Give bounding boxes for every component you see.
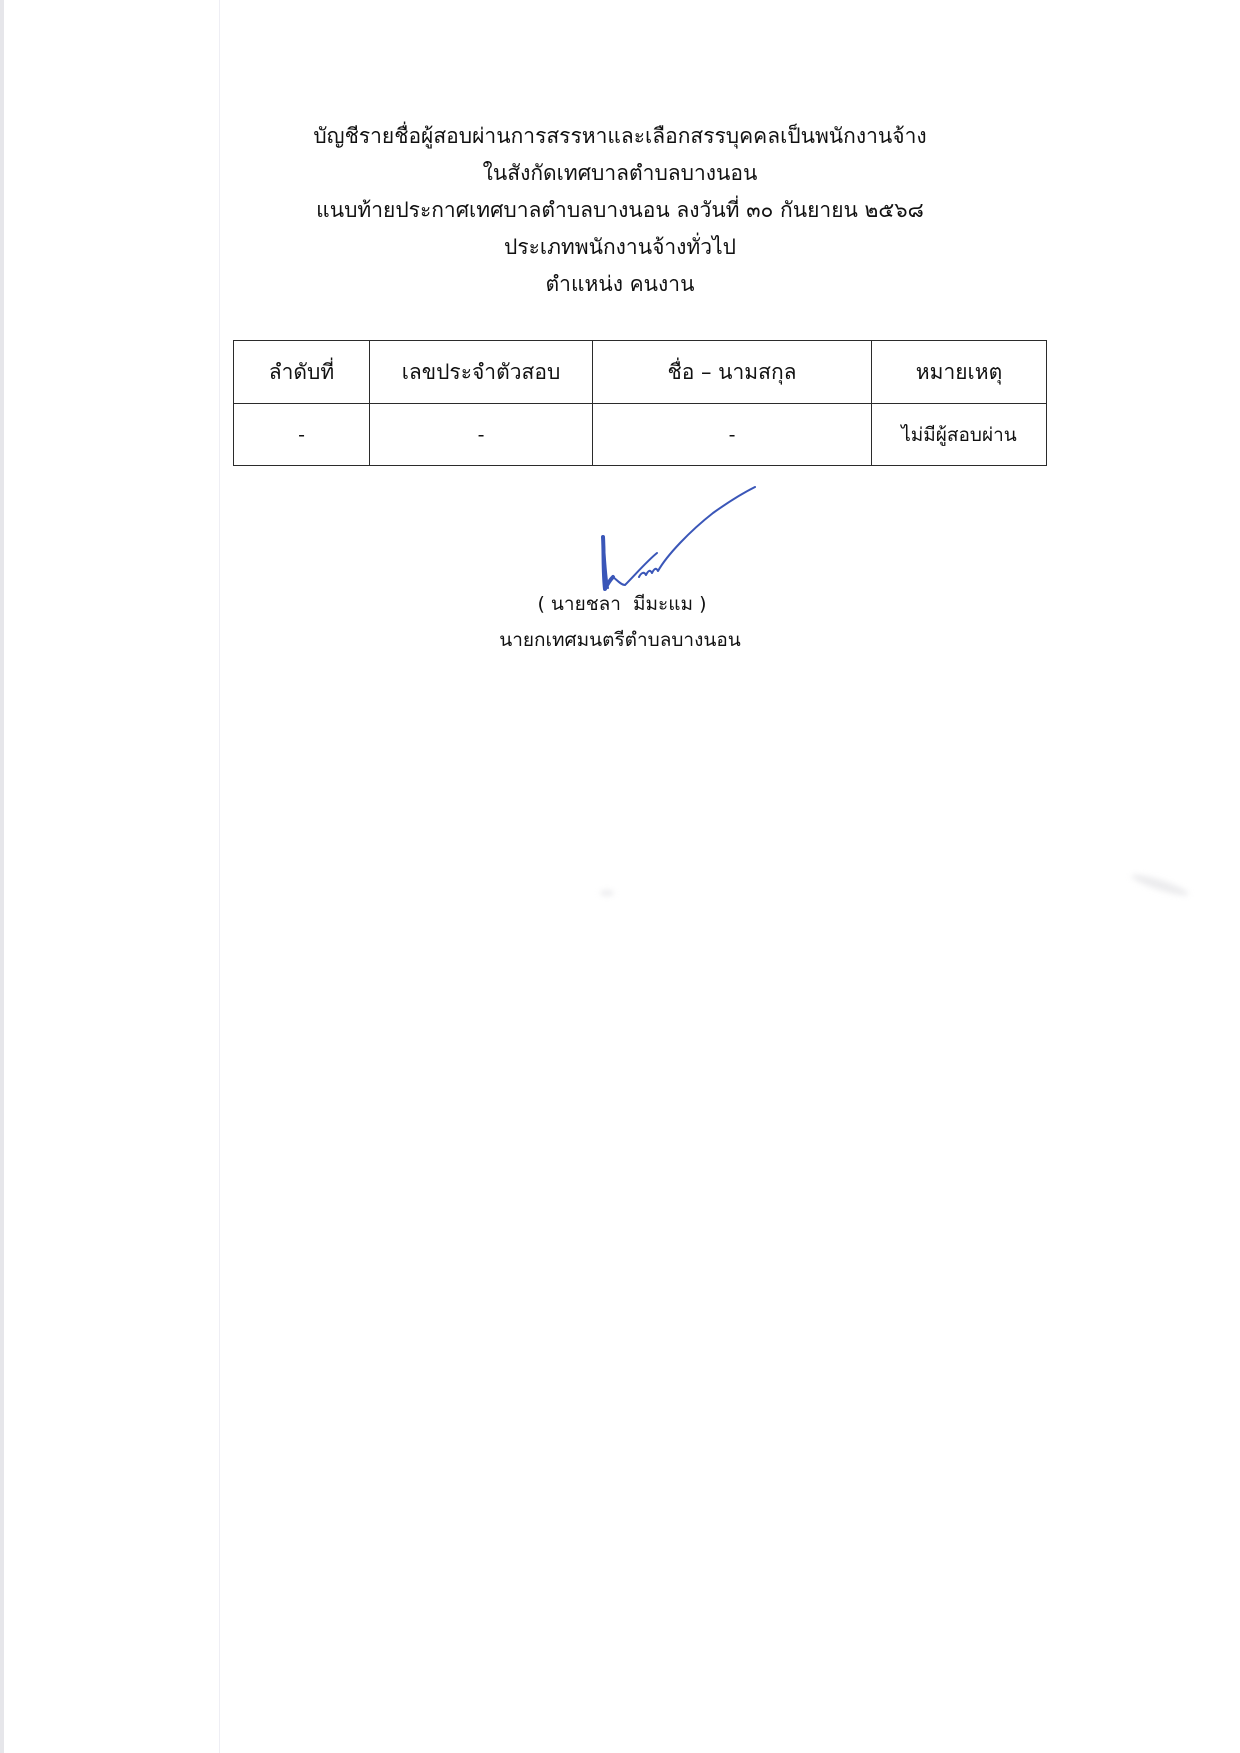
- cell-remarks: ไม่มีผู้สอบผ่าน: [872, 404, 1047, 466]
- cell-order: -: [234, 404, 370, 466]
- title-line-announcement-date: แนบท้ายประกาศเทศบาลตำบลบางนอน ลงวันที่ ๓…: [0, 192, 1240, 229]
- column-header-order: ลำดับที่: [234, 341, 370, 404]
- title-line-position: ตำแหน่ง คนงาน: [0, 266, 1240, 303]
- signer-block: ( นายชลา มีมะแม ) นายกเทศมนตรีตำบลบางนอน: [0, 586, 1240, 658]
- title-line-employee-type: ประเภทพนักงานจ้างทั่วไป: [0, 229, 1240, 266]
- table-header-row: ลำดับที่ เลขประจำตัวสอบ ชื่อ – นามสกุล ห…: [234, 341, 1047, 404]
- column-header-full-name: ชื่อ – นามสกุล: [593, 341, 872, 404]
- scan-smudge: [1130, 871, 1190, 899]
- column-header-exam-id: เลขประจำตัวสอบ: [370, 341, 593, 404]
- title-line-affiliation: ในสังกัดเทศบาลตำบลบางนอน: [0, 155, 1240, 192]
- table-row: - - - ไม่มีผู้สอบผ่าน: [234, 404, 1047, 466]
- document-title: บัญชีรายชื่อผู้สอบผ่านการสรรหาและเลือกสร…: [0, 118, 1240, 303]
- signer-position: นายกเทศมนตรีตำบลบางนอน: [0, 622, 1240, 658]
- passed-candidates-table: ลำดับที่ เลขประจำตัวสอบ ชื่อ – นามสกุล ห…: [233, 340, 1047, 466]
- signature-mark: [595, 485, 770, 595]
- column-header-remarks: หมายเหตุ: [872, 341, 1047, 404]
- title-line-heading: บัญชีรายชื่อผู้สอบผ่านการสรรหาและเลือกสร…: [0, 118, 1240, 155]
- signer-name: ( นายชลา มีมะแม ): [4, 586, 1240, 622]
- cell-exam-id: -: [370, 404, 593, 466]
- scan-smudge: [600, 890, 614, 896]
- cell-full-name: -: [593, 404, 872, 466]
